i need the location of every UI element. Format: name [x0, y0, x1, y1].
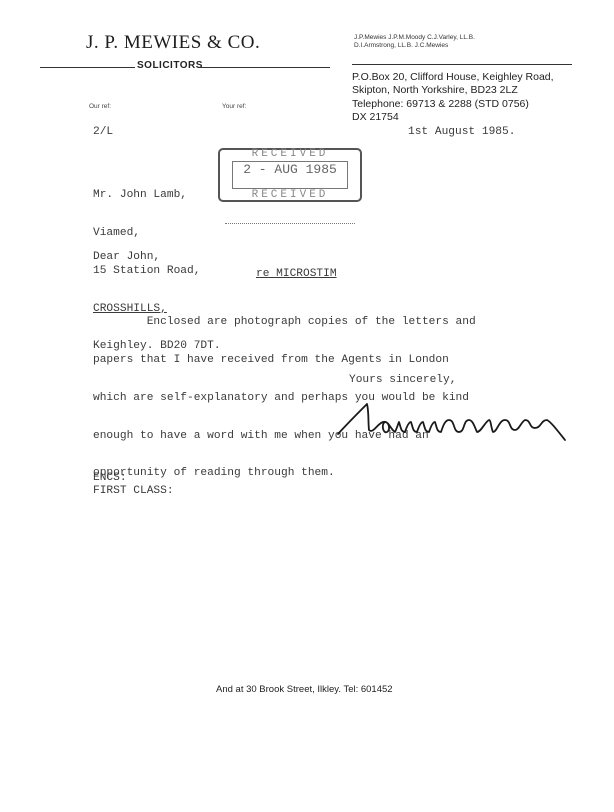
reference: 2/L	[93, 126, 113, 139]
your-ref-label: Your ref:	[222, 103, 246, 110]
letter-date: 1st August 1985.	[408, 126, 515, 139]
address-line: DX 21754	[352, 111, 554, 124]
body-line: opportunity of reading through them.	[93, 467, 476, 480]
stamp-top-text: RECEIVED	[226, 149, 354, 160]
subject-line: re MICROSTIM	[256, 268, 337, 281]
address-line: Telephone: 69713 & 2288 (STD 0756)	[352, 98, 554, 111]
address-rule	[352, 64, 572, 65]
salutation: Dear John,	[93, 251, 160, 264]
closing: Yours sincerely,	[349, 374, 456, 387]
recipient-line: Mr. John Lamb,	[93, 189, 221, 202]
partners-line: D.I.Armstrong, LL.B. J.C.Mewies	[354, 42, 475, 50]
firm-subtitle: SOLICITORS	[137, 60, 203, 71]
firm-name: J. P. MEWIES & CO.	[86, 32, 260, 54]
enclosures: ENCS:	[93, 472, 127, 485]
partners-list: J.P.Mewies J.P.M.Moody C.J.Varley, LL.B.…	[354, 34, 475, 50]
body-line: papers that I have received from the Age…	[93, 354, 476, 367]
header-rule-left	[40, 67, 135, 68]
branch-office-footer: And at 30 Brook Street, Ilkley. Tel: 601…	[216, 684, 393, 695]
stamp-date: 2 - AUG 1985	[220, 162, 360, 177]
signature	[335, 398, 575, 448]
header-rule-right	[200, 67, 330, 68]
recipient-line: 15 Station Road,	[93, 265, 221, 278]
our-ref-label: Our ref:	[89, 103, 111, 110]
stamp-bottom-text: RECEIVED	[226, 190, 354, 201]
address-line: Skipton, North Yorkshire, BD23 2LZ	[352, 84, 554, 97]
received-stamp: RECEIVED 2 - AUG 1985 RECEIVED	[218, 148, 362, 202]
address-line: P.O.Box 20, Clifford House, Keighley Roa…	[352, 71, 554, 84]
body-line: Enclosed are photograph copies of the le…	[93, 316, 476, 329]
dotted-line	[225, 223, 355, 224]
firm-address: P.O.Box 20, Clifford House, Keighley Roa…	[352, 71, 554, 124]
postage-class: FIRST CLASS:	[93, 485, 174, 498]
partners-line: J.P.Mewies J.P.M.Moody C.J.Varley, LL.B.	[354, 34, 475, 42]
recipient-line: Viamed,	[93, 227, 221, 240]
letter-body: Enclosed are photograph copies of the le…	[93, 291, 476, 493]
